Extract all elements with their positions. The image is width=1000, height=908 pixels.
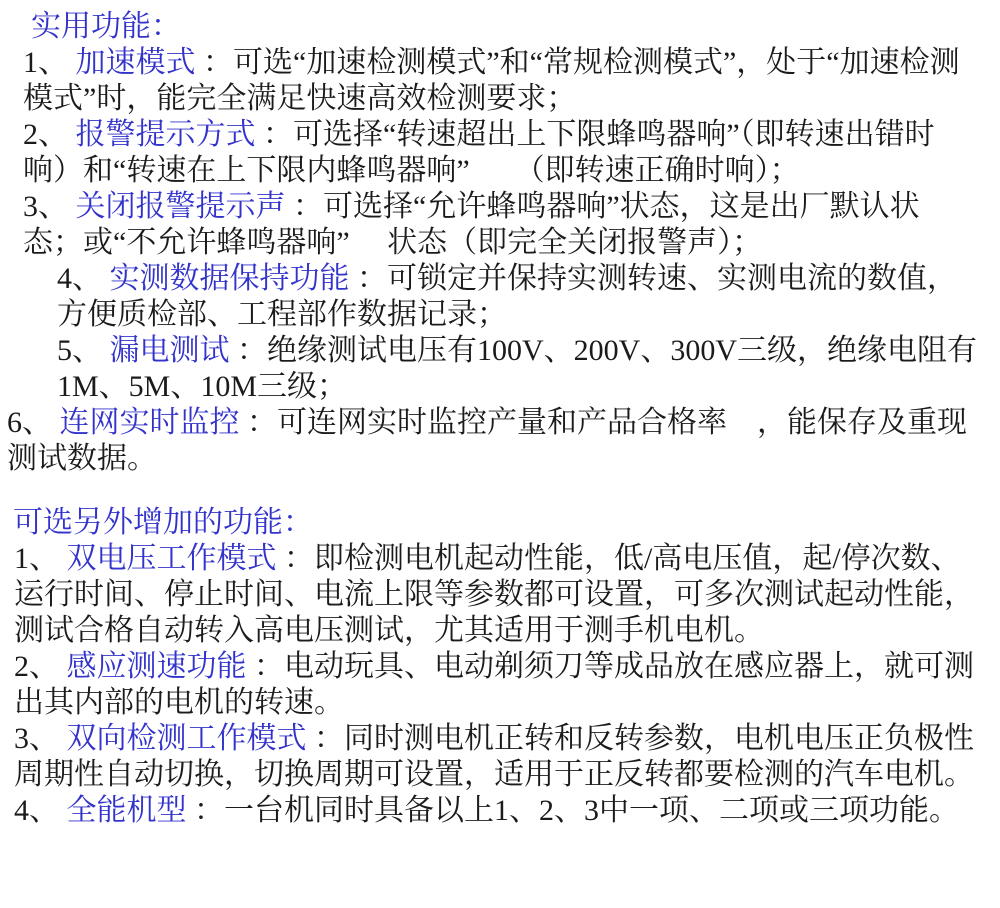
feature-item-induction-speed: 2、 感应测速功能 ：电动玩具、电动剃须刀等成品放在感应器上，就可测出其内部的电… bbox=[14, 649, 978, 721]
feature-term: 实测数据保持功能 bbox=[110, 262, 350, 295]
item-number: 4、 bbox=[57, 262, 110, 295]
feature-item-alarm-off: 3、 关闭报警提示声 ：可选择“允许蜂鸣器响”状态，这是出厂默认状态；或“不允许… bbox=[23, 189, 978, 261]
feature-item-alarm-prompt: 2、 报警提示方式 ：可选择“转速超出上下限蜂鸣器响”（即转速出错时响）和“转速… bbox=[23, 117, 978, 189]
section-heading-optional: 可选另外增加的功能： bbox=[13, 505, 978, 541]
document: 实用功能： 1、 加速模式 ：可选“加速检测模式”和“常规检测模式”，处于“加速… bbox=[0, 0, 1000, 908]
section-heading-practical: 实用功能： bbox=[31, 9, 978, 45]
item-number: 2、 bbox=[23, 118, 76, 151]
feature-item-leakage-test: 5、 漏电测试 ：绝缘测试电压有100V、200V、300V三级，绝缘电阻有1M… bbox=[57, 333, 978, 405]
feature-item-dual-voltage: 1、 双电压工作模式 ：即检测电机起动性能，低/高电压值，起/停次数、运行时间、… bbox=[14, 541, 978, 649]
feature-term: 加速模式 bbox=[76, 46, 196, 79]
feature-term: 感应测速功能 bbox=[67, 650, 247, 683]
section-practical-functions: 实用功能： 1、 加速模式 ：可选“加速检测模式”和“常规检测模式”，处于“加速… bbox=[0, 9, 978, 477]
item-number: 4、 bbox=[14, 794, 67, 827]
feature-term: 连网实时监控 bbox=[60, 406, 240, 439]
feature-term: 双向检测工作模式 bbox=[67, 722, 307, 755]
item-number: 3、 bbox=[23, 190, 76, 223]
item-number: 5、 bbox=[57, 334, 110, 367]
feature-description: ：一台机同时具备以上1、2、3中一项、二项或三项功能。 bbox=[187, 794, 960, 827]
feature-term: 全能机型 bbox=[67, 794, 187, 827]
item-number: 1、 bbox=[14, 542, 67, 575]
item-number: 6、 bbox=[7, 406, 60, 439]
item-number: 1、 bbox=[23, 46, 76, 79]
feature-term: 关闭报警提示声 bbox=[76, 190, 286, 223]
feature-item-all-in-one: 4、 全能机型 ：一台机同时具备以上1、2、3中一项、二项或三项功能。 bbox=[14, 793, 978, 829]
item-number: 3、 bbox=[14, 722, 67, 755]
feature-term: 双电压工作模式 bbox=[67, 542, 277, 575]
feature-item-bidirectional-test: 3、 双向检测工作模式 ：同时测电机正转和反转参数，电机电压正负极性周期性自动切… bbox=[14, 721, 978, 793]
feature-term: 报警提示方式 bbox=[76, 118, 256, 151]
item-number: 2、 bbox=[14, 650, 67, 683]
feature-item-data-hold: 4、 实测数据保持功能 ：可锁定并保持实测转速、实测电流的数值，方便质检部、工程… bbox=[57, 261, 978, 333]
feature-term: 漏电测试 bbox=[110, 334, 230, 367]
feature-item-network-monitor: 6、 连网实时监控 ：可连网实时监控产量和产品合格率 ，能保存及重现测试数据。 bbox=[7, 405, 978, 477]
feature-item-accel-mode: 1、 加速模式 ：可选“加速检测模式”和“常规检测模式”，处于“加速检测模式”时… bbox=[23, 45, 978, 117]
section-optional-functions: 可选另外增加的功能： 1、 双电压工作模式 ：即检测电机起动性能，低/高电压值，… bbox=[0, 505, 978, 829]
